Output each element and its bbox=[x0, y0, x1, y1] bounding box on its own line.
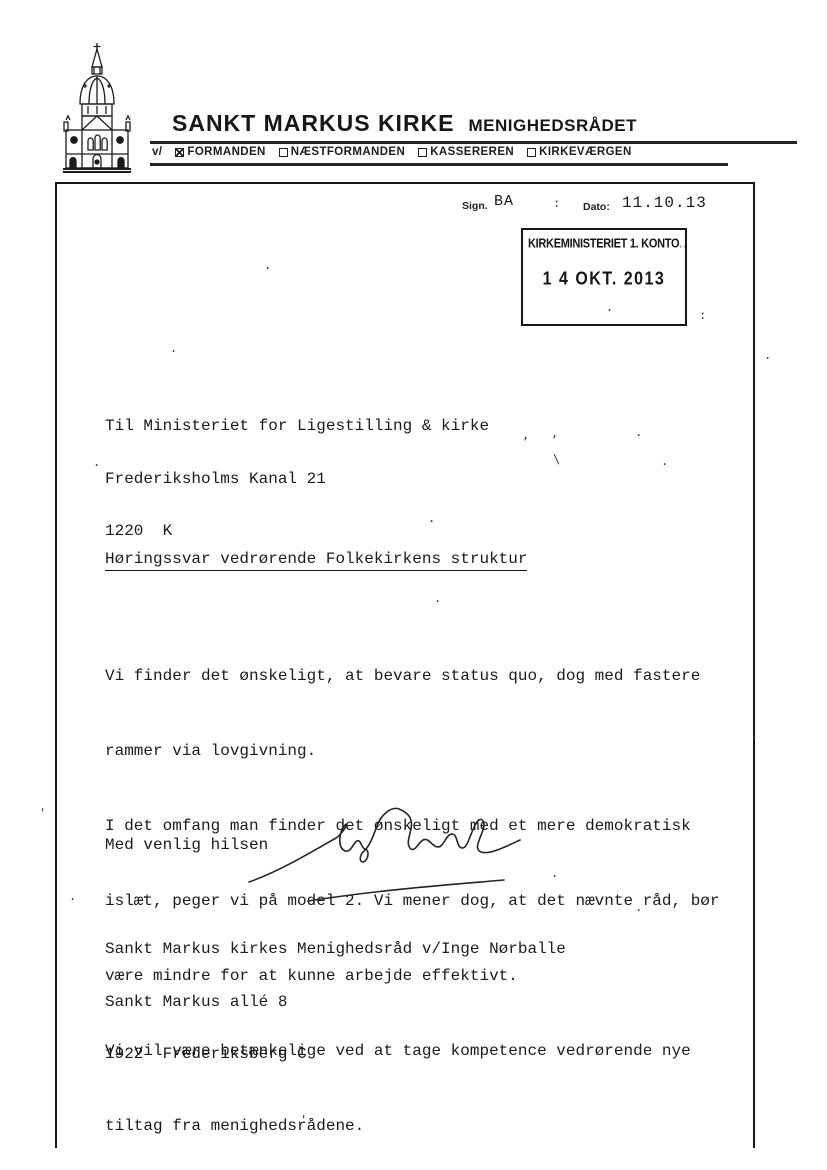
recipient-line: Til Ministeriet for Ligestilling & kirke bbox=[105, 418, 489, 436]
recipient-line: Frederiksholms Kanal 21 bbox=[105, 471, 489, 489]
role-kassereren: KASSEREREN bbox=[418, 146, 514, 158]
scan-speck bbox=[170, 341, 177, 355]
checkbox-empty-icon bbox=[418, 148, 427, 157]
scan-speck bbox=[551, 866, 558, 880]
role-checkbox-row: v/ FORMANDEN NÆSTFORMANDEN KASSEREREN KI… bbox=[152, 146, 632, 158]
scan-speck bbox=[264, 258, 271, 272]
sign-label: Sign. bbox=[462, 200, 488, 212]
checkbox-empty-icon bbox=[527, 148, 536, 157]
recipient-line: 1220 K bbox=[105, 523, 489, 541]
scan-speck bbox=[300, 1113, 307, 1127]
stamp-faded-trail: .. bbox=[679, 237, 687, 251]
scan-speck bbox=[141, 887, 148, 901]
sender-line: 1922 Frederiksberg C bbox=[105, 1046, 566, 1064]
date-label: Dato: bbox=[583, 201, 610, 213]
scan-speck bbox=[635, 900, 642, 914]
scan-speck bbox=[428, 511, 435, 525]
role-prefix: v/ bbox=[152, 146, 162, 158]
sender-line: Sankt Markus kirkes Menighedsråd v/Inge … bbox=[105, 941, 566, 959]
scan-speck bbox=[39, 806, 46, 820]
scan-speck bbox=[553, 452, 560, 466]
subject-line: Høringssvar vedrørende Folkekirkens stru… bbox=[105, 550, 527, 571]
ministry-receipt-stamp: KIRKEMINISTERIET 1. KONTO.. 1 4 OKT. 201… bbox=[521, 228, 687, 326]
closing-salutation: Med venlig hilsen bbox=[105, 836, 268, 854]
stamp-office-line: KIRKEMINISTERIET 1. KONTO.. bbox=[528, 237, 684, 251]
scan-speck bbox=[522, 428, 529, 442]
scan-speck bbox=[434, 591, 441, 605]
role-kirkevaergen: KIRKEVÆRGEN bbox=[527, 146, 632, 158]
church-logo-icon bbox=[50, 42, 144, 174]
role-label: FORMANDEN bbox=[187, 146, 265, 158]
scan-speck bbox=[661, 454, 668, 468]
body-line: tiltag fra menighedsrådene. bbox=[105, 1114, 720, 1139]
organization-subtitle: MENIGHEDSRÅDET bbox=[469, 116, 638, 136]
scan-speck bbox=[93, 455, 100, 469]
role-formanden: FORMANDEN bbox=[175, 146, 265, 158]
checkbox-empty-icon bbox=[279, 148, 288, 157]
scan-speck bbox=[606, 300, 613, 314]
recipient-address-block: Til Ministeriet for Ligestilling & kirke… bbox=[105, 383, 489, 558]
header-rule-bottom bbox=[150, 163, 728, 166]
role-naestformanden: NÆSTFORMANDEN bbox=[279, 146, 405, 158]
scan-speck bbox=[553, 196, 560, 210]
scan-speck bbox=[635, 425, 642, 439]
role-label: KASSEREREN bbox=[430, 146, 514, 158]
body-line: Vi finder det ønskeligt, at bevare statu… bbox=[105, 664, 720, 689]
stamp-date: 1 4 OKT. 2013 bbox=[523, 270, 685, 291]
organization-title: SANKT MARKUS KIRKE bbox=[172, 110, 455, 137]
role-label: KIRKEVÆRGEN bbox=[539, 146, 632, 158]
scan-speck bbox=[551, 426, 558, 440]
scan-speck bbox=[69, 889, 76, 903]
handwritten-signature-icon bbox=[246, 796, 526, 908]
sender-address-block: Sankt Markus kirkes Menighedsråd v/Inge … bbox=[105, 906, 566, 1081]
body-line: rammer via lovgivning. bbox=[105, 739, 720, 764]
header-rule-top bbox=[150, 141, 797, 144]
scan-speck bbox=[764, 348, 771, 362]
letterhead: SANKT MARKUS KIRKE MENIGHEDSRÅDET bbox=[172, 110, 637, 137]
role-label: NÆSTFORMANDEN bbox=[291, 146, 405, 158]
date-value: 11.10.13 bbox=[622, 194, 707, 212]
scan-speck bbox=[751, 734, 758, 748]
scan-speck bbox=[699, 308, 706, 322]
sender-line: Sankt Markus allé 8 bbox=[105, 994, 566, 1012]
sign-value: BA bbox=[494, 193, 514, 210]
checkbox-checked-icon bbox=[175, 148, 184, 157]
